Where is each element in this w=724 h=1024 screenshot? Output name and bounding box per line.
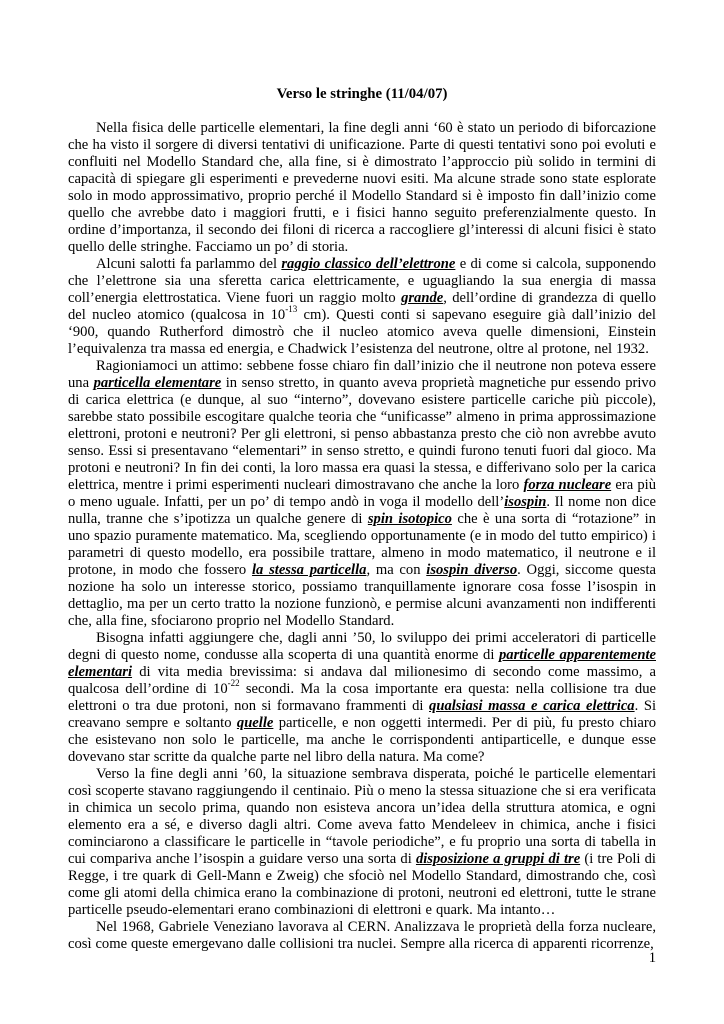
paragraph-3: Ragioniamoci un attimo: sebbene fosse ch… [68,358,656,630]
superscript-exponent: -13 [285,304,297,314]
emphasized-phrase: isospin diverso [426,562,517,578]
emphasized-phrase: spin isotopico [368,511,452,527]
emphasized-phrase: la stessa particella [252,562,366,578]
paragraph-1: Nella fisica delle particelle elementari… [68,120,656,256]
document-content: Verso le stringhe (11/04/07) Nella fisic… [68,86,656,953]
paragraph-4: Bisogna infatti aggiungere che, dagli an… [68,630,656,766]
emphasized-phrase: forza nucleare [524,477,612,493]
paragraph-5: Verso la fine degli anni ’60, la situazi… [68,766,656,919]
emphasized-phrase: raggio classico dell’elettrone [281,256,455,272]
emphasized-phrase: disposizione a gruppi di tre [416,851,580,867]
emphasized-phrase: particella elementare [94,375,222,391]
emphasized-phrase: particelle apparentemente elementari [68,647,656,680]
emphasized-phrase: grande [401,290,443,306]
document-page: Verso le stringhe (11/04/07) Nella fisic… [0,0,724,1024]
emphasized-phrase: quelle [237,715,273,731]
document-body: Nella fisica delle particelle elementari… [68,120,656,953]
page-number: 1 [649,950,656,967]
paragraph-6: Nel 1968, Gabriele Veneziano lavorava al… [68,919,656,953]
superscript-exponent: -22 [228,678,240,688]
emphasized-phrase: isospin [504,494,546,510]
paragraph-2: Alcuni salotti fa parlammo del raggio cl… [68,256,656,358]
emphasized-phrase: qualsiasi massa e carica elettrica [429,698,635,714]
document-title: Verso le stringhe (11/04/07) [68,86,656,103]
